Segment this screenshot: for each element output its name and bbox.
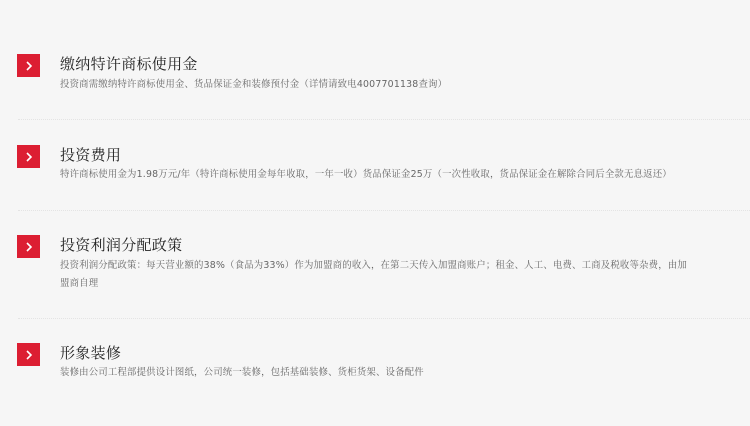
divider: [18, 119, 750, 120]
section-description: 投资商需缴纳特许商标使用金、货品保证金和装修预付金（详情请致电400770113…: [60, 76, 688, 94]
section-title: 投资费用: [60, 145, 121, 165]
divider: [18, 318, 750, 319]
chevron-right-icon: [17, 343, 40, 366]
section-description: 特许商标使用金为1.98万元/年（特许商标使用金每年收取，一年一收）货品保证金2…: [60, 166, 688, 184]
section-title: 缴纳特许商标使用金: [60, 54, 198, 74]
section-description: 投资利润分配政策：每天营业额的38%（食品为33%）作为加盟商的收入，在第二天传…: [60, 257, 688, 293]
chevron-right-icon: [17, 54, 40, 77]
chevron-right-icon: [17, 235, 40, 258]
franchise-info-list: 缴纳特许商标使用金 投资商需缴纳特许商标使用金、货品保证金和装修预付金（详情请致…: [0, 0, 750, 426]
section-title: 形象装修: [60, 343, 121, 363]
chevron-right-icon: [17, 145, 40, 168]
section-description: 装修由公司工程部提供设计图纸，公司统一装修，包括基础装修、货柜货架、设备配件: [60, 364, 688, 382]
divider: [18, 210, 750, 211]
section-title: 投资利润分配政策: [60, 235, 182, 255]
